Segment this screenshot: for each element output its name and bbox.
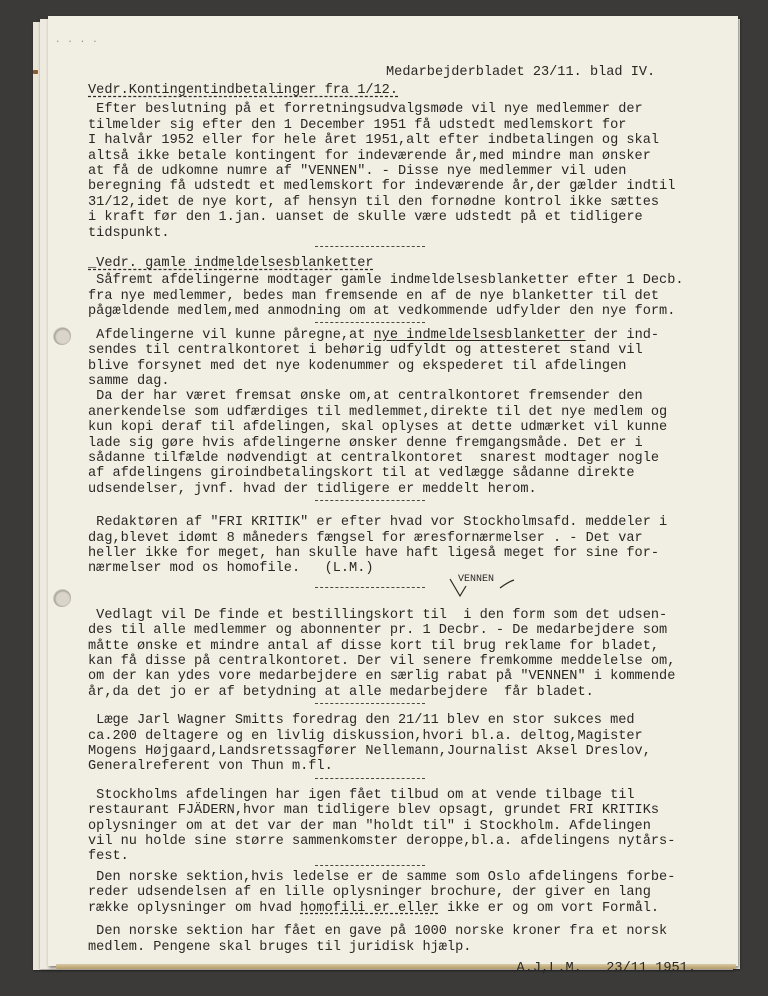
text-line: at få de udkomne numre af "VENNEN". - Di… (88, 164, 728, 179)
text-line: Da der har været fremsat ønske om,at cen… (88, 389, 728, 404)
document-header: Medarbejderbladet 23/11. blad IV. (386, 65, 655, 80)
divider (315, 587, 425, 588)
punch-hole-icon (53, 589, 71, 607)
punch-hole-icon (53, 327, 71, 345)
text-line: ca.200 deltagere og en livlig diskussion… (88, 729, 728, 744)
text-line: fra nye medlemmer, bedes man fremsende e… (88, 289, 728, 304)
text-line: vil nu holde sine større sammenkomster d… (88, 834, 728, 849)
text-line: blive forsynet med det nye kodenummer og… (88, 359, 728, 374)
paragraph: Afdelingerne vil kunne påregne,at nye in… (88, 328, 728, 497)
text-line: fest. (88, 849, 728, 864)
divider (315, 865, 425, 866)
text-line: tilmelder sig efter den 1 December 1951 … (88, 118, 728, 133)
signature-date: A.J,L.M. 23/11 1951. (88, 961, 728, 976)
text-fragment: Afdelingerne vil kunne påregne,at (88, 328, 374, 343)
text-line: dag,blevet idømt 8 måneders fængsel for … (88, 531, 728, 546)
paragraph: Vedlagt vil De finde et bestillingskort … (88, 608, 728, 700)
text-fragment: der ind- (586, 328, 659, 343)
text-line: reder udsendelsen af en lille oplysninge… (88, 885, 728, 900)
text-fragment: række oplysninger om hvad (88, 901, 300, 916)
paragraph: Stockholms afdelingen har igen fået tilb… (88, 788, 728, 865)
paragraph: Efter beslutning på et forretningsudvalg… (88, 102, 728, 241)
handwritten-annotation: VENNEN (458, 574, 494, 585)
text-line: Såfremt afdelingerne modtager gamle indm… (88, 273, 728, 288)
text-line: 31/12,idet de nye kort, af hensyn til de… (88, 195, 728, 210)
text-line: i kraft før den 1.jan. uanset de skulle … (88, 210, 728, 225)
text-line: Vedlagt vil De finde et bestillingskort … (88, 608, 728, 623)
divider (315, 778, 425, 779)
text-line: af afdelingens giroindbetalingskort til … (88, 466, 728, 481)
text-line: om der kan ydes vore medarbejdere en sær… (88, 669, 728, 684)
paragraph: Læge Jarl Wagner Smitts foredrag den 21/… (88, 713, 728, 775)
text-line: tidspunkt. (88, 226, 728, 241)
section-heading: Vedr.Kontingentindbetalinger fra 1/12. (88, 83, 728, 98)
text-line: kan få disse på centralkontoret. Der vil… (88, 654, 728, 669)
text-line: Den norske sektion har fået en gave på 1… (88, 924, 728, 939)
text-line: I halvår 1952 eller for hele året 1951,a… (88, 133, 728, 148)
text-line: lade sig gøre hvis afdelingerne ønsker d… (88, 436, 728, 451)
paragraph: Den norske sektion,hvis ledelse er de sa… (88, 870, 728, 916)
divider (315, 246, 425, 247)
spacer (88, 916, 728, 924)
insertion-mark-icon (448, 576, 518, 604)
text-line: sendes til centralkontoret i behørig udf… (88, 343, 728, 358)
divider (315, 322, 425, 323)
underlined-text: homofili er eller (300, 901, 439, 916)
text-line: år,da det jo er af betydning at alle med… (88, 685, 728, 700)
staple-holes: ···· (55, 37, 105, 47)
text-line: udsendelser, jvnf. hvad der tidligere er… (88, 482, 728, 497)
underlined-text: nye indmeldelsesblanketter (374, 328, 586, 343)
text-line: Redaktøren af "FRI KRITIK" er efter hvad… (88, 515, 728, 530)
text-line: Generalreferent von Thun m.fl. (88, 759, 728, 774)
text-line: heller ikke for meget, han skulle have h… (88, 546, 728, 561)
section-heading: _Vedr. gamle indmeldelsesblanketter (88, 256, 728, 271)
text-line: Den norske sektion,hvis ledelse er de sa… (88, 870, 728, 885)
text-line: anerkendelse som udfærdiges til medlemme… (88, 405, 728, 420)
divider (315, 703, 425, 704)
text-line: des til alle medlemmer og abonnenter pr.… (88, 623, 728, 638)
text-line: medlem. Pengene skal bruges til juridisk… (88, 940, 728, 955)
divider (315, 500, 425, 501)
text-line: restaurant FJÄDERN,hvor man tidligere bl… (88, 803, 728, 818)
rust-stain (33, 70, 38, 74)
text-line: Mogens Højgaard,Landsretssagfører Nellem… (88, 744, 728, 759)
text-line: nærmelser mod os homofile. (L.M.) (88, 561, 728, 576)
text-line: Afdelingerne vil kunne påregne,at nye in… (88, 328, 728, 343)
paragraph: Den norske sektion har fået en gave på 1… (88, 924, 728, 955)
text-fragment: ikke er og om vort Formål. (439, 901, 659, 916)
text-line: Efter beslutning på et forretningsudvalg… (88, 102, 728, 117)
text-line: række oplysninger om hvad homofili er el… (88, 901, 728, 916)
text-line: Stockholms afdelingen har igen fået tilb… (88, 788, 728, 803)
document-body: Vedr.Kontingentindbetalinger fra 1/12. E… (88, 83, 728, 976)
text-line: beregning få udstedt et medlemskort for … (88, 179, 728, 194)
text-line: kun kopi deraf til afdelingen, skal oply… (88, 420, 728, 435)
text-line: pågældende medlem,med anmodning om at ve… (88, 304, 728, 319)
text-line: samme dag. (88, 374, 728, 389)
paragraph: Redaktøren af "FRI KRITIK" er efter hvad… (88, 515, 728, 577)
text-line: sådanne tilfælde nødvendigt at centralko… (88, 451, 728, 466)
text-line: måtte ønske et mindre antal af disse kor… (88, 639, 728, 654)
paragraph: Såfremt afdelingerne modtager gamle indm… (88, 273, 728, 319)
text-line: oplysninger om at det var der man "holdt… (88, 819, 728, 834)
text-line: Læge Jarl Wagner Smitts foredrag den 21/… (88, 713, 728, 728)
text-line: altså ikke betale kontingent for indevær… (88, 149, 728, 164)
